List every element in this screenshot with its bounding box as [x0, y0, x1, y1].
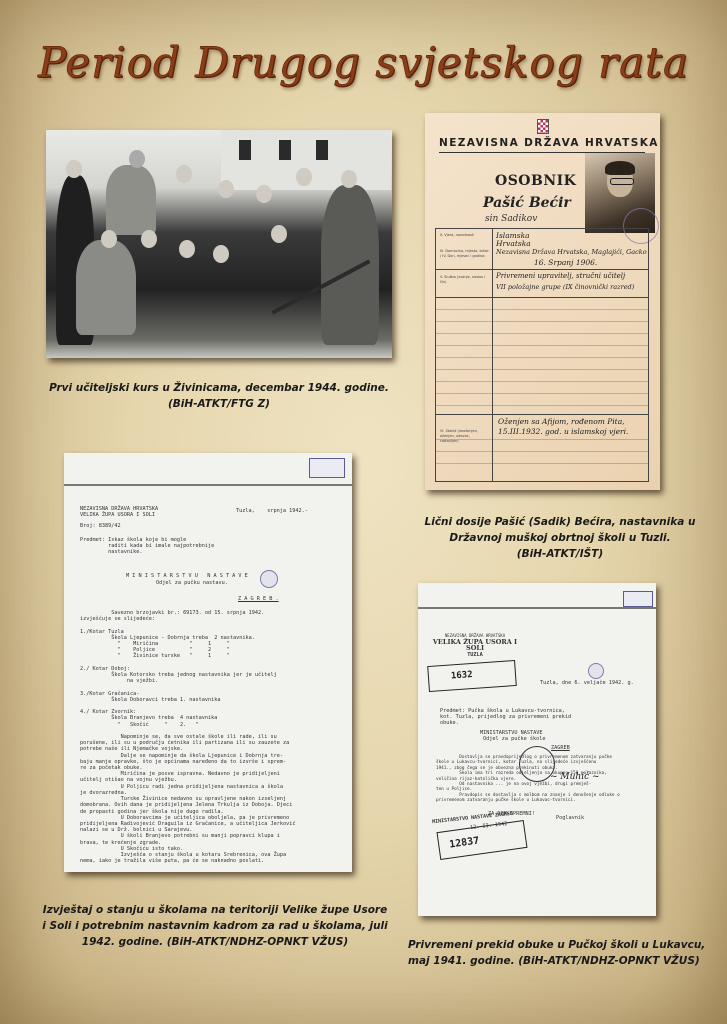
body-line: privremenom zatvaranju pučke škole u Luk…	[436, 798, 620, 803]
lukavac-caption: Privremeni prekid obuke u Pučkoj školi u…	[390, 937, 690, 969]
round-stamp	[260, 570, 278, 588]
subject-line: obuke.	[440, 720, 571, 726]
report-city: Z A G R E B .	[238, 596, 279, 602]
ruled-line	[436, 463, 648, 464]
registry-stamp-box: 1632	[427, 660, 517, 692]
header-rule	[418, 607, 656, 609]
field-value: Hrvatska	[496, 239, 531, 248]
father-name: sin Sadikov	[485, 214, 537, 224]
ruled-line	[436, 345, 648, 346]
field-value: 15.III.1932. god. u islamskoj vjeri.	[498, 427, 628, 436]
report-body: Savezno brzojavki br.: 69173. od 15. srp…	[80, 610, 296, 864]
photo-person	[106, 165, 156, 235]
subject-line: kot. Tuzla, prijedlog za privremeni prek…	[440, 714, 571, 720]
photo-head	[176, 165, 192, 183]
caption-line: Izvještaj o stanju u školama na teritori…	[40, 902, 390, 918]
caption-line: maj 1941. godine. (BiH-ATKT/NDHZ-OPNKT V…	[408, 953, 690, 969]
person-name: Pašić Bećir	[483, 195, 571, 211]
field-value: Privremeni upravitelj, stručni učitelj	[496, 272, 625, 281]
ministry-registry-box: 12837	[436, 820, 527, 860]
photo-window	[279, 140, 291, 160]
report-caption: Izvještaj o stanju u školama na teritori…	[40, 902, 390, 950]
page-title: Period Drugog svjetskog rata	[0, 38, 727, 87]
ruled-line	[436, 381, 648, 382]
header-rule	[64, 484, 352, 486]
caption-line: Državnoj muškoj obrtnoj školi u Tuzli.	[420, 530, 700, 546]
caption-line: 1942. godine. (BiH-ATKT/NDHZ-OPNKT VŽUS)	[40, 934, 390, 950]
caption-line: Privremeni prekid obuke u Pučkoj školi u…	[408, 937, 690, 953]
caption-line: Prvi učiteljski kurs u Živinicama, decem…	[46, 380, 392, 396]
header-line: VELIKA ŽUPA USORA I SOLI	[80, 512, 158, 518]
lukavac-dept: Odjel za pučke škole	[483, 736, 545, 742]
form-row-divider	[436, 414, 648, 415]
ruled-line	[436, 309, 648, 310]
field-value: Oženjen sa Afijom, rođenom Pita,	[498, 417, 625, 426]
report-addressee: M I N I S T A R S T V U N A S T A V E	[126, 573, 248, 579]
field-label: III. Domovina, mjesto, kotar: / IV. Dan,…	[440, 249, 490, 259]
archive-stamp	[623, 591, 653, 607]
field-label: VI. Stalež (neoženjen, oženjen, udovac, …	[440, 429, 488, 444]
ruled-line	[436, 369, 648, 370]
lukavac-school-document: NEZAVISNA DRŽAVA HRVATSKAVELIKA ŽUPA USO…	[418, 583, 656, 916]
photo-head	[141, 230, 157, 248]
field-value: Nezavisna Država Hrvatska, Maglajići, Ga…	[496, 248, 647, 257]
lukavac-header: NEZAVISNA DRŽAVA HRVATSKAVELIKA ŽUPA USO…	[430, 633, 520, 658]
photo-person	[76, 240, 136, 335]
field-label: II. Vjera, narodnost:	[440, 233, 490, 238]
portrait-hair	[605, 161, 635, 175]
ruled-line	[436, 333, 648, 334]
form-divider	[492, 229, 493, 481]
form-title: OSOBNIK	[495, 173, 576, 189]
dossier-caption: Lični dosije Pašić (Sadik) Bećira, nasta…	[420, 514, 700, 562]
report-dept: Odjel za pučku nastavu.	[156, 580, 228, 586]
photo-caption: Prvi učiteljski kurs u Živinicama, decem…	[46, 380, 392, 412]
body-line: nema, iako je tražila više puta, pa će s…	[80, 858, 296, 864]
form-row-divider	[436, 297, 648, 298]
ruled-line	[436, 393, 648, 394]
personnel-dossier-document: NEZAVISNA DRŽAVA HRVATSKA OSOBNIK Pašić …	[425, 113, 660, 490]
photo-window	[239, 140, 251, 160]
header-line: TUZLA	[430, 652, 520, 658]
ruled-line	[436, 321, 648, 322]
field-label: V. Služba (zvanje, naslov i čin)	[440, 275, 490, 285]
teacher-course-photo	[46, 130, 392, 358]
photo-head	[296, 168, 312, 186]
caption-line: Lični dosije Pašić (Sadik) Bećira, nasta…	[420, 514, 700, 530]
caption-line: (BiH-ATKT/IŠT)	[420, 546, 700, 562]
photo-head	[256, 185, 272, 203]
subject-line: nastavnike.	[80, 549, 214, 555]
form-row-divider	[436, 269, 648, 270]
round-stamp	[588, 663, 604, 679]
report-subject: Predmet: Iskaz škola koje bi mogle radit…	[80, 537, 214, 556]
school-report-document: NEZAVISNA DRŽAVA HRVATSKAVELIKA ŽUPA USO…	[64, 453, 352, 872]
body-line: U Doboravcima je učiteljica oboljela, pa…	[80, 815, 296, 821]
ruled-line	[436, 405, 648, 406]
photo-head	[101, 230, 117, 248]
photo-person	[321, 185, 379, 345]
registry-number: 1632	[451, 670, 473, 681]
ruled-line	[436, 357, 648, 358]
photo-head	[179, 240, 195, 258]
ministry-number: 12837	[449, 835, 480, 850]
dossier-form-table: II. Vjera, narodnost: Islamska Hrvatska …	[435, 228, 649, 482]
photo-head	[218, 180, 234, 198]
report-number: Broj: 8389/42	[80, 523, 121, 529]
portrait-glasses	[610, 178, 634, 185]
photo-head	[66, 160, 82, 178]
body-line: domobrana. Ovih dana je pridijeljena Jel…	[80, 802, 296, 808]
lukavac-subject: Predmet: Pučka škola u Lukavcu-tvornica,…	[440, 708, 571, 727]
field-value: 16. Srpanj 1906.	[534, 258, 597, 267]
field-value: VII položajne grupe (IX činovnički razre…	[496, 283, 634, 292]
report-place-date: Tuzla, srpnja 1942.-	[236, 508, 308, 514]
body-line: U Poljicu radi jedna pridijeljena nastav…	[80, 784, 296, 790]
lukavac-city: ZAGREB	[551, 745, 570, 751]
state-header: NEZAVISNA DRŽAVA HRVATSKA	[439, 137, 659, 149]
body-line: U školi Branjevo potrebni su manji popra…	[80, 833, 296, 839]
report-header: NEZAVISNA DRŽAVA HRVATSKAVELIKA ŽUPA USO…	[80, 506, 158, 518]
photo-head	[213, 245, 229, 263]
photo-head	[129, 150, 145, 168]
lukavac-place-date: Tuzla, dne 6. veljače 1942. g.	[540, 680, 634, 686]
header-line: VELIKA ŽUPA USORA I SOLI	[430, 639, 520, 651]
coat-of-arms-icon	[537, 119, 549, 134]
photo-head	[341, 170, 357, 188]
caption-line: i Soli i potrebnim nastavnim kadrom za r…	[40, 918, 390, 934]
photo-window	[316, 140, 328, 160]
archive-stamp	[309, 458, 345, 478]
ruled-line	[436, 439, 648, 440]
ruled-line	[436, 451, 648, 452]
caption-line: (BiH-ATKT/FTG Z)	[46, 396, 392, 412]
body-line: Dalje se napominje da škola Ljepunice i …	[80, 753, 296, 759]
photo-head	[271, 225, 287, 243]
signature: ~ Muhić ~	[550, 772, 600, 782]
lukavac-signatory: Poglavnik	[556, 815, 584, 821]
